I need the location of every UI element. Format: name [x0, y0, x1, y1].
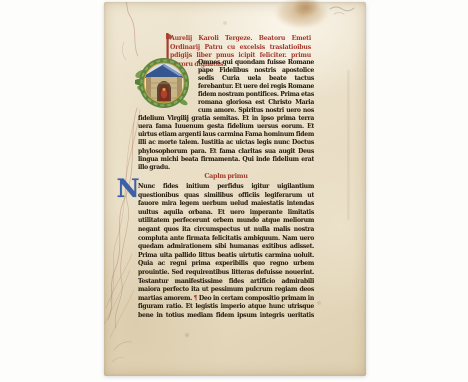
manuscript-leaf: Aurelij Karoli Tergeze. Beatoru Emeti Or… [104, 2, 366, 376]
faint-inscription [330, 7, 354, 11]
initial-reserved-space [138, 59, 198, 112]
paragraph-first: Omnes qui quondam fuisse Romane pape Fid… [138, 59, 314, 173]
paragraph-second-text-a: Nunc fides initium perfidus igitur uigil… [138, 183, 314, 302]
photo-background: Aurelij Karoli Tergeze. Beatoru Emeti Or… [0, 0, 468, 382]
chapter-heading: Caplm primu [138, 172, 314, 181]
paragraph-second: Nunc fides initium perfidus igitur uigil… [138, 183, 314, 321]
